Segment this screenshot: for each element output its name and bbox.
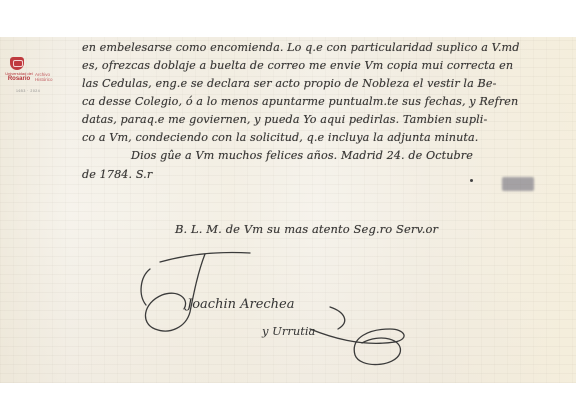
manuscript-page: Universidad del Rosario Archivo Históric…	[0, 37, 576, 383]
signature-name: Joachin Arechea	[187, 297, 295, 312]
signature-surname: y Urrutia	[262, 324, 315, 338]
